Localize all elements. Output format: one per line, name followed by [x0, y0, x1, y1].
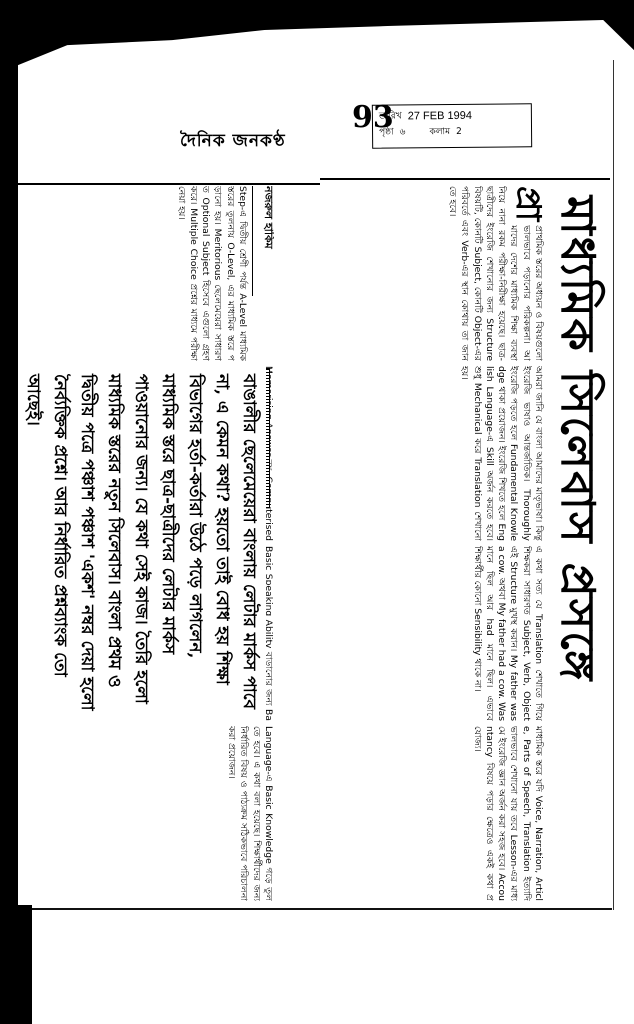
article-headline: মাধ্যমিক সিলেবাস প্রসঙ্গে — [546, 196, 610, 896]
scan-border — [0, 905, 32, 1024]
newspaper-name: দৈনিক জনকণ্ঠ — [180, 128, 286, 156]
clipping-edge-right — [610, 60, 614, 910]
clipping-edge-top-left — [0, 183, 320, 185]
stamp-column-label: কলাম — [429, 124, 450, 140]
article-column-2: আমরা জানি যে বাংলা আমাদের মাতৃভাষা। কিন্… — [279, 366, 544, 541]
clipping-edge-bottom — [32, 908, 612, 910]
article-column-8: Language-এ Basic Knowledge গড়ে তুলতে হব… — [8, 726, 274, 901]
clipping-edge-top — [320, 178, 610, 180]
article-column-3: এ কথা সত্য যে Translation শেখাতে গিয়ে শ… — [279, 546, 544, 721]
archive-stamp: তারিখ 27 FEB 1994 পৃষ্ঠা ৬ কলাম 2 — [372, 103, 532, 148]
article-pullquote: বাঙালীর ছেলেমেয়েরা বাংলায় লেটার মার্কস… — [126, 366, 266, 721]
stamp-page-label: পৃষ্ঠা — [379, 125, 394, 141]
article-column-1: প্রা প্রাথমিক স্তরের অধ্যয়ন ও বিষয়গুলো… — [279, 186, 544, 361]
article-column-5: নজরুল হাকিম Step-এ দ্বিতীয় শ্রেণী পর্যন… — [8, 186, 274, 361]
article: মাধ্যমিক সিলেবাস প্রসঙ্গে প্রা প্রাথমিক … — [8, 186, 610, 904]
article-byline: নজরুল হাকিম — [252, 186, 274, 296]
stamp-date-label: তারিখ — [379, 108, 402, 124]
stamp-date-value: 27 FEB 1994 — [408, 108, 472, 125]
article-column-4: মাধ্যমিক স্তরে যদি Voice, Narration, Art… — [279, 726, 544, 901]
dropcap: প্রা — [512, 186, 544, 221]
stamp-column-value: 2 — [456, 124, 462, 140]
stamp-page-value: ৬ — [400, 124, 406, 140]
